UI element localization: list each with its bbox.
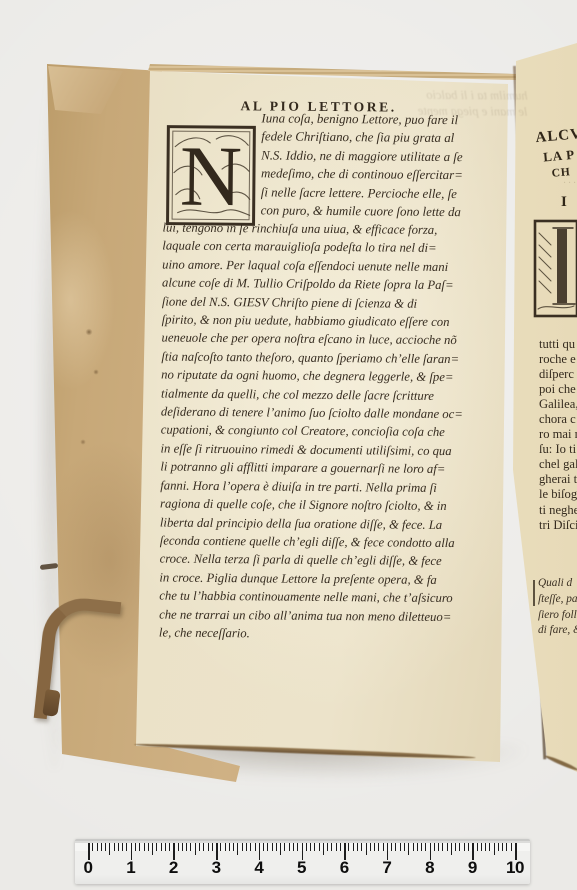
right-page-body-text: tutti quroche ediſpercpoi cheGalilea,cho… xyxy=(539,337,577,533)
ruler-tick xyxy=(165,843,166,851)
ruler-tick xyxy=(276,843,277,851)
ruler-tick xyxy=(144,843,145,851)
ruler-tick xyxy=(255,843,256,851)
ruler-number: 1 xyxy=(126,858,135,878)
ruler-tick xyxy=(353,843,354,851)
ruler-number: 4 xyxy=(254,858,263,878)
ruler-tick xyxy=(395,843,396,851)
margin-note-line: ſiero folle xyxy=(538,608,577,624)
ruler-tick xyxy=(340,843,341,851)
ruler-tick xyxy=(208,843,209,851)
ruler-tick xyxy=(506,843,507,851)
ruler-tick xyxy=(477,843,478,851)
ruler-tick xyxy=(442,843,443,851)
ruler-tick xyxy=(97,843,98,851)
ruler-tick xyxy=(323,843,324,855)
ruler-tick xyxy=(105,843,106,851)
ruler-tick xyxy=(489,843,490,851)
ruler-tick xyxy=(101,843,102,851)
ruler-tick xyxy=(297,843,298,851)
ruler-tick xyxy=(391,843,392,851)
ruler-tick xyxy=(169,843,170,851)
ruler-number: 2 xyxy=(169,858,178,878)
ruler-tick xyxy=(152,843,153,855)
ruler-number: 3 xyxy=(212,858,221,878)
text-line: tutti qu xyxy=(539,337,577,352)
ruler-tick xyxy=(361,843,362,851)
ruler-tick xyxy=(293,843,294,851)
right-page-bleedthrough: · · · xyxy=(536,178,576,189)
margin-note-bar xyxy=(533,580,535,606)
ruler-tick xyxy=(447,843,448,851)
ruler-tick xyxy=(182,843,183,851)
ruler-tick xyxy=(289,843,290,851)
ruler-tick xyxy=(139,843,140,851)
ruler-tick xyxy=(306,843,307,851)
ruler-tick xyxy=(404,843,405,851)
ruler-tick xyxy=(118,843,119,851)
ruler-tick xyxy=(246,843,247,851)
measuring-ruler: 012345678910 xyxy=(75,839,530,884)
ruler-tick xyxy=(348,843,349,851)
ruler-tick xyxy=(383,843,384,851)
ruler-tick xyxy=(250,843,251,851)
ruler-tick xyxy=(161,843,162,851)
margin-note-line: di fare, & xyxy=(538,623,577,639)
ruler-tick xyxy=(438,843,439,851)
ruler-tick xyxy=(220,843,221,851)
ruler-tick xyxy=(229,843,230,851)
ruler-tick xyxy=(195,843,196,855)
ruler-tick xyxy=(190,843,191,851)
text-line: ſu: Io ti xyxy=(539,442,577,457)
photo-of-antique-book: humilm ta i li balciole mani e piega men… xyxy=(0,0,577,890)
ruler-tick xyxy=(336,843,337,851)
ruler-tick xyxy=(148,843,149,851)
ruler-tick xyxy=(237,843,238,855)
ruler-number: 6 xyxy=(340,858,349,878)
ruler-tick xyxy=(126,843,127,851)
ruler-number: 5 xyxy=(297,858,306,878)
ruler-tick xyxy=(400,843,401,851)
text-line: tri Diſcip xyxy=(539,518,577,533)
ruler-tick xyxy=(280,843,281,855)
ruler-tick xyxy=(494,843,495,855)
right-page-header: ALCVLA PCH xyxy=(535,126,577,181)
text-line: diſperc xyxy=(539,367,577,382)
ruler-number: 8 xyxy=(425,858,434,878)
text-line: ti negher xyxy=(539,503,577,518)
ruler-tick xyxy=(357,843,358,851)
ruler-number: 0 xyxy=(84,858,93,878)
ruler-tick xyxy=(468,843,469,851)
ruler-tick xyxy=(314,843,315,851)
ruler-tick xyxy=(186,843,187,851)
ruler-number: 10 xyxy=(506,858,524,878)
ruler-tick xyxy=(319,843,320,851)
ruler-tick xyxy=(233,843,234,851)
right-page-content: ALCVLA PCH · · · I tutti quroche ediſper… xyxy=(0,0,577,890)
ruler-tick xyxy=(408,843,409,855)
ruler-tick xyxy=(263,843,264,851)
text-line: chel gall xyxy=(539,457,577,472)
ruler-tick xyxy=(135,843,136,851)
ruler-tick xyxy=(455,843,456,851)
ruler-tick xyxy=(109,843,110,855)
ruler-tick xyxy=(421,843,422,851)
text-line: ro mai r xyxy=(539,427,577,442)
right-page-stub-mark: I xyxy=(561,194,567,211)
ruler-tick xyxy=(225,843,226,851)
ruler-tick xyxy=(199,843,200,851)
ruler-tick xyxy=(485,843,486,851)
margin-note-line: ſteſſe, pa xyxy=(538,592,577,608)
ruler-tick xyxy=(498,843,499,851)
ruler-tick xyxy=(459,843,460,851)
header-line: ALCV xyxy=(535,126,577,147)
ruler-tick xyxy=(511,843,512,851)
ruler-tick xyxy=(331,843,332,851)
ruler-tick xyxy=(310,843,311,851)
ruler-tick xyxy=(366,843,367,855)
ruler-tick xyxy=(502,843,503,851)
ruler-tick xyxy=(327,843,328,851)
ruler-tick xyxy=(178,843,179,851)
ruler-tick xyxy=(451,843,452,855)
ruler-tick xyxy=(242,843,243,851)
margin-note-line: Quali d xyxy=(538,576,577,592)
ruler-tick xyxy=(370,843,371,851)
text-line: chora c xyxy=(539,412,577,427)
ruler-tick xyxy=(267,843,268,851)
text-line: le biſogn xyxy=(539,487,577,502)
ruler-tick xyxy=(272,843,273,851)
ruler-tick xyxy=(425,843,426,851)
ruler-tick xyxy=(417,843,418,851)
ruler-tick xyxy=(114,843,115,851)
text-line: Galilea, xyxy=(539,397,577,412)
ruler-tick xyxy=(203,843,204,851)
ruler-number: 7 xyxy=(382,858,391,878)
ruler-tick xyxy=(481,843,482,851)
ruler-tick xyxy=(122,843,123,851)
text-line: poi che xyxy=(539,382,577,397)
ruler-tick xyxy=(212,843,213,851)
header-line: LA P xyxy=(543,146,577,165)
text-line: roche e xyxy=(539,352,577,367)
ruler-tick xyxy=(464,843,465,851)
ruler-tick xyxy=(374,843,375,851)
margin-note: Quali dſteſſe, paſiero folledi fare, & xyxy=(538,576,577,639)
ruler-tick xyxy=(92,843,93,851)
ruler-number: 9 xyxy=(468,858,477,878)
ruler-tick xyxy=(378,843,379,851)
text-line: gherai tr xyxy=(539,472,577,487)
ruler-tick xyxy=(434,843,435,851)
ruler-tick xyxy=(413,843,414,851)
woodcut-initial-right-page xyxy=(533,219,577,318)
ruler-tick xyxy=(156,843,157,851)
ruler-tick xyxy=(284,843,285,851)
